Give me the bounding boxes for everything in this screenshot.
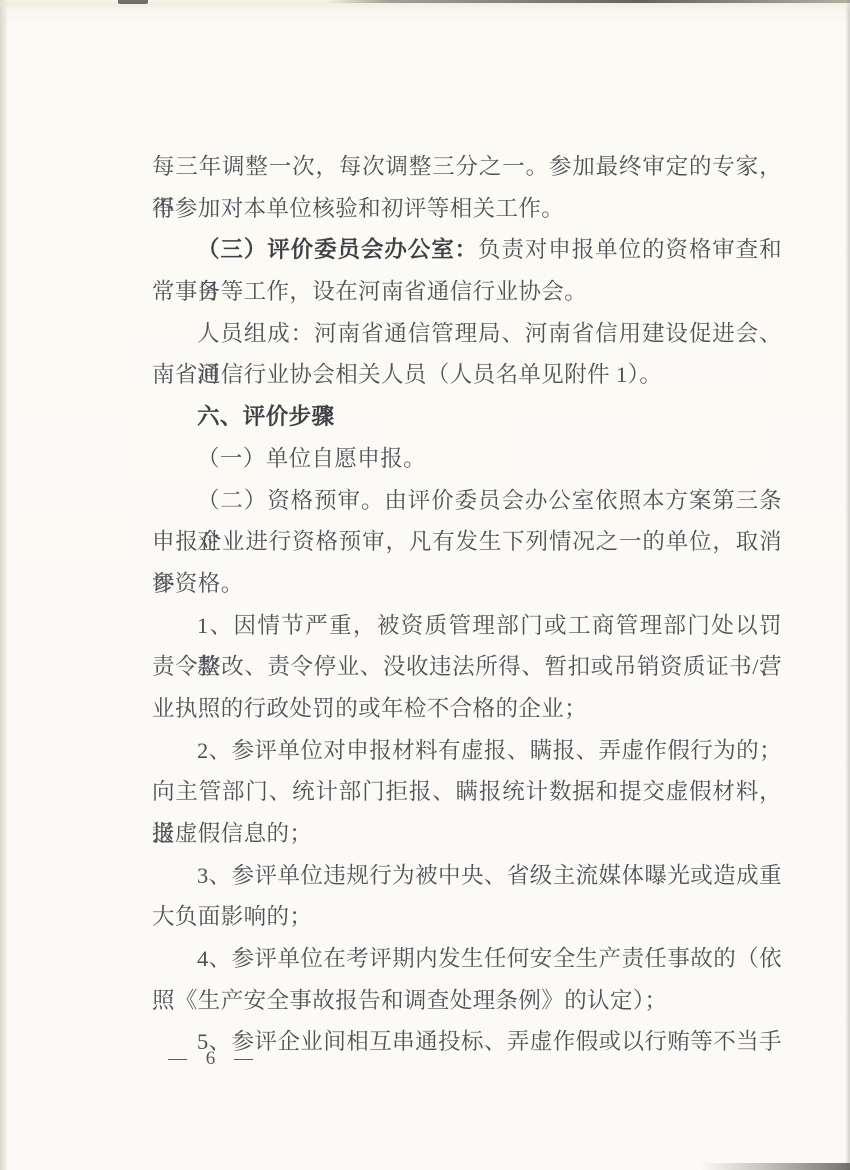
subheading-committee-office: （三）评价委员会办公室： xyxy=(197,237,478,262)
text-line: 评资格。 xyxy=(152,563,782,605)
page-number: — 6 — xyxy=(168,1044,260,1074)
text-line: 责令整改、责令停业、没收违法所得、暂扣或吊销资质证书/营 xyxy=(152,646,782,688)
text-line: 得参加对本单位核验和初评等相关工作。 xyxy=(152,188,782,230)
scan-edge-right xyxy=(845,0,850,1170)
text-line: 业执照的行政处罚的或年检不合格的企业； xyxy=(152,688,782,730)
text-line: 2、参评单位对申报材料有虚报、瞒报、弄虚作假行为的； xyxy=(152,730,782,772)
text-line: 送虚假信息的； xyxy=(152,813,782,855)
text-line: 1、因情节严重，被资质管理部门或工商管理部门处以罚款、 xyxy=(152,605,782,647)
text-line: 每三年调整一次，每次调整三分之一。参加最终审定的专家，不 xyxy=(152,146,782,188)
scan-edge-top-line xyxy=(325,0,850,3)
text-line: 3、参评单位违规行为被中央、省级主流媒体曝光或造成重 xyxy=(152,855,782,897)
text-line: 照《生产安全事故报告和调查处理条例》的认定）； xyxy=(152,980,782,1022)
text-line: （一）单位自愿申报。 xyxy=(152,438,782,480)
text-line: 向主管部门、统计部门拒报、瞒报统计数据和提交虚假材料，报 xyxy=(152,771,782,813)
section-heading: 六、评价步骤 xyxy=(152,396,782,438)
text-line: 大负面影响的； xyxy=(152,896,782,938)
scan-edge-bottom-smudge xyxy=(700,1163,850,1170)
text-line: 常事务等工作，设在河南省通信行业协会。 xyxy=(152,271,782,313)
text-line: 南省通信行业协会相关人员（人员名单见附件 1）。 xyxy=(152,354,782,396)
scan-edge-left xyxy=(0,0,8,1170)
text-line: （三）评价委员会办公室：负责对申报单位的资格审查和日 xyxy=(152,229,782,271)
document-body: 每三年调整一次，每次调整三分之一。参加最终审定的专家，不 得参加对本单位核验和初… xyxy=(152,146,782,1063)
document-page: 每三年调整一次，每次调整三分之一。参加最终审定的专家，不 得参加对本单位核验和初… xyxy=(0,0,850,1170)
text-line: 申报企业进行资格预审，凡有发生下列情况之一的单位，取消参 xyxy=(152,521,782,563)
text-line: （二）资格预审。由评价委员会办公室依照本方案第三条对 xyxy=(152,480,782,522)
text-line: 4、参评单位在考评期内发生任何安全生产责任事故的（依 xyxy=(152,938,782,980)
text-line: 人员组成：河南省通信管理局、河南省信用建设促进会、河 xyxy=(152,313,782,355)
scan-edge-top-notch xyxy=(118,0,148,4)
